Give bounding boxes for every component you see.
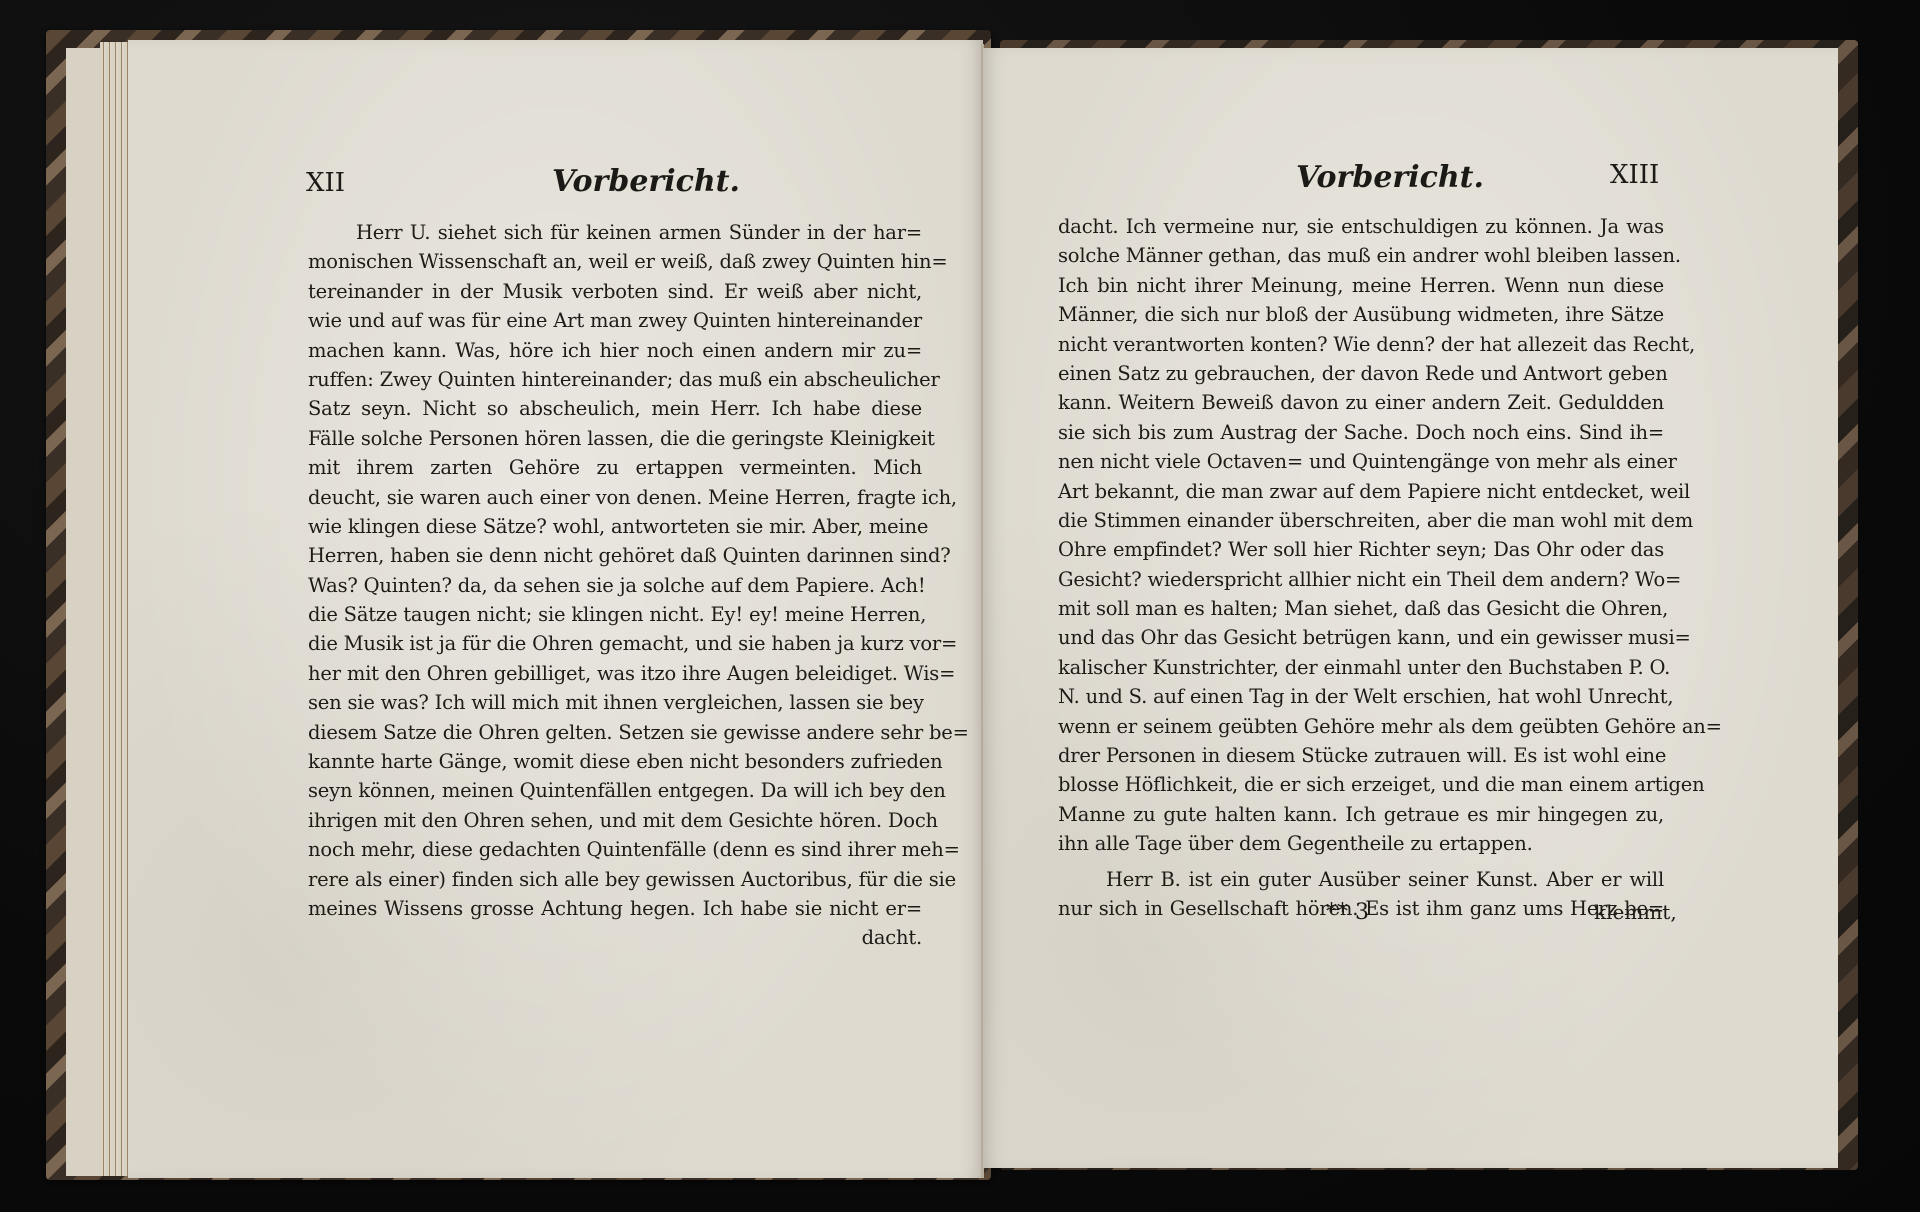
right-running-head: Vorbericht.: [1296, 160, 1484, 195]
left-folio: XII: [306, 168, 345, 198]
text-line: mit ihrem zarten Gehöre zu ertappen verm…: [308, 453, 922, 482]
text-line: Ohre empfindet? Wer soll hier Richter se…: [1058, 535, 1664, 564]
text-line: drer Personen in diesem Stücke zutrauen …: [1058, 741, 1664, 770]
bleed-through-mark: ⁘⁘: [312, 905, 335, 921]
text-line: machen kann. Was, höre ich hier noch ein…: [308, 336, 922, 365]
text-line: kann. Weitern Beweiß davon zu einer ande…: [1058, 388, 1664, 417]
text-line: noch mehr, diese gedachten Quintenfälle …: [308, 835, 922, 864]
text-line: Herr U. siehet sich für keinen armen Sün…: [308, 218, 922, 247]
text-line: Satz seyn. Nicht so abscheulich, mein He…: [308, 394, 922, 423]
text-line: wie und auf was für eine Art man zwey Qu…: [308, 306, 922, 335]
text-line: ihn alle Tage über dem Gegentheile zu er…: [1058, 829, 1664, 858]
text-line: Fälle solche Personen hören lassen, die …: [308, 424, 922, 453]
text-line: die Sätze taugen nicht; sie klingen nich…: [308, 600, 922, 629]
text-line: rere als einer) finden sich alle bey gew…: [308, 865, 922, 894]
text-line: Manne zu gute halten kann. Ich getraue e…: [1058, 800, 1664, 829]
text-line: Was? Quinten? da, da sehen sie ja solche…: [308, 571, 922, 600]
text-line: diesem Satze die Ohren gelten. Setzen si…: [308, 718, 922, 747]
text-line: monischen Wissenschaft an, weil er weiß,…: [308, 247, 922, 276]
right-text-block: dacht. Ich vermeine nur, sie entschuldig…: [1058, 212, 1664, 923]
text-line: sie sich bis zum Austrag der Sache. Doch…: [1058, 418, 1664, 447]
bleed-through-mark: ⁖ ⁘: [592, 905, 616, 921]
text-line: seyn können, meinen Quintenfällen entgeg…: [308, 776, 922, 805]
left-running-head: Vorbericht.: [552, 164, 740, 199]
text-line: Männer, die sich nur bloß der Ausübung w…: [1058, 300, 1664, 329]
signature-mark: ** 3: [1326, 900, 1369, 925]
text-line: her mit den Ohren gebilliget, was itzo i…: [308, 659, 922, 688]
text-line: wenn er seinem geübten Gehöre mehr als d…: [1058, 712, 1664, 741]
text-line: tereinander in der Musik verboten sind. …: [308, 277, 922, 306]
text-line: solche Männer gethan, das muß ein andrer…: [1058, 241, 1664, 270]
text-line: Ich bin nicht ihrer Meinung, meine Herre…: [1058, 271, 1664, 300]
catchword: klemmt,: [1594, 900, 1677, 924]
left-text-block: Herr U. siehet sich für keinen armen Sün…: [308, 218, 922, 953]
text-line: deucht, sie waren auch einer von denen. …: [308, 483, 922, 512]
text-line: einen Satz zu gebrauchen, der davon Rede…: [1058, 359, 1664, 388]
text-line: und das Ohr das Gesicht betrügen kann, u…: [1058, 623, 1664, 652]
page-stack-edges: [100, 42, 130, 1176]
text-line: Gesicht? wiederspricht allhier nicht ein…: [1058, 565, 1664, 594]
text-line: Art bekannt, die man zwar auf dem Papier…: [1058, 477, 1664, 506]
text-line: ruffen: Zwey Quinten hintereinander; das…: [308, 365, 922, 394]
text-line: ihrigen mit den Ohren sehen, und mit dem…: [308, 806, 922, 835]
text-line: mit soll man es halten; Man siehet, daß …: [1058, 594, 1664, 623]
text-line: blosse Höflichkeit, die er sich erzeiget…: [1058, 770, 1664, 799]
text-line: nen nicht viele Octaven= und Quintengäng…: [1058, 447, 1664, 476]
right-folio: XIII: [1610, 160, 1659, 190]
text-line: kannte harte Gänge, womit diese eben nic…: [308, 747, 922, 776]
text-line: Herren, haben sie denn nicht gehöret daß…: [308, 541, 922, 570]
bleed-through-mark: ⁘⁘: [1062, 902, 1085, 918]
text-line: die Musik ist ja für die Ohren gemacht, …: [308, 629, 922, 658]
text-line: Herr B. ist ein guter Ausüber seiner Kun…: [1058, 865, 1664, 894]
text-line: sen sie was? Ich will mich mit ihnen ver…: [308, 688, 922, 717]
text-line: die Stimmen einander überschreiten, aber…: [1058, 506, 1664, 535]
catchword: dacht.: [308, 923, 922, 952]
text-line: kalischer Kunstrichter, der einmahl unte…: [1058, 653, 1664, 682]
text-line: N. und S. auf einen Tag in der Welt ersc…: [1058, 682, 1664, 711]
text-line: wie klingen diese Sätze? wohl, antwortet…: [308, 512, 922, 541]
text-line: nicht verantworten konten? Wie denn? der…: [1058, 330, 1664, 359]
text-line: dacht. Ich vermeine nur, sie entschuldig…: [1058, 212, 1664, 241]
